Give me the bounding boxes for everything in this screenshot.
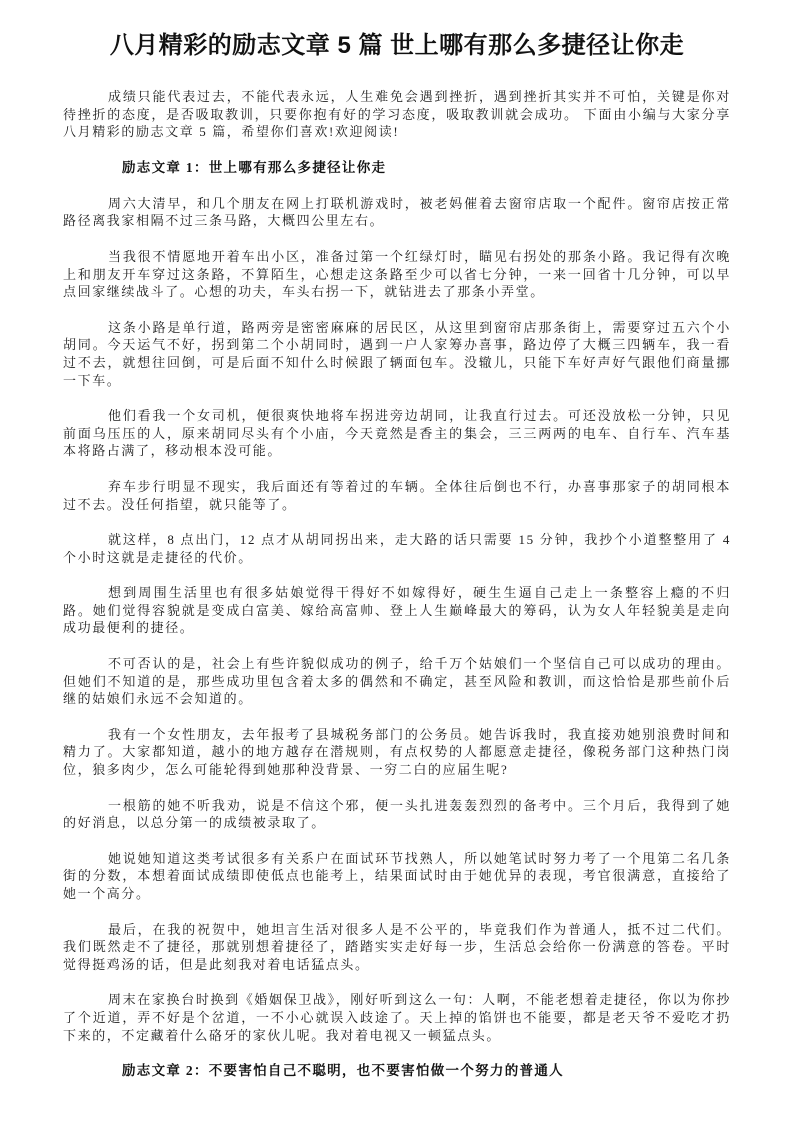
paragraph: 她说她知道这类考试很多有关系户在面试环节找熟人，所以她笔试时努力考了一个甩第二名… [63, 850, 731, 903]
document-body: 成绩只能代表过去，不能代表永远，人生难免会遇到挫折，遇到挫折其实并不可怕，关键是… [63, 88, 731, 1080]
paragraph: 当我很不情愿地开着车出小区，准备过第一个红绿灯时，瞄见右拐处的那条小路。我记得有… [63, 248, 731, 301]
paragraph: 周末在家换台时换到《婚姻保卫战》，刚好听到这么一句：人啊，不能老想着走捷径，你以… [63, 991, 731, 1044]
paragraph: 想到周围生活里也有很多姑娘觉得干得好不如嫁得好，硬生生逼自己走上一条整容上瘾的不… [63, 584, 731, 637]
paragraph: 就这样，8 点出门，12 点才从胡同拐出来，走大路的话只需要 15 分钟，我抄个… [63, 531, 731, 566]
paragraph: 周六大清早，和几个朋友在网上打联机游戏时，被老妈催着去窗帘店取一个配件。窗帘店按… [63, 195, 731, 230]
section-heading: 励志文章 1：世上哪有那么多捷径让你走 [63, 159, 731, 177]
paragraph: 弃车步行明显不现实，我后面还有等着过的车辆。全体往后倒也不行，办喜事那家子的胡同… [63, 478, 731, 513]
paragraph: 成绩只能代表过去，不能代表永远，人生难免会遇到挫折，遇到挫折其实并不可怕，关键是… [63, 88, 731, 141]
paragraph: 不可否认的是，社会上有些许貌似成功的例子，给千万个姑娘们一个坚信自己可以成功的理… [63, 655, 731, 708]
section-heading: 励志文章 2：不要害怕自己不聪明，也不要害怕做一个努力的普通人 [63, 1062, 731, 1080]
document-page: 八月精彩的励志文章 5 篇 世上哪有那么多捷径让你走 成绩只能代表过去，不能代表… [0, 0, 794, 1123]
paragraph: 这条小路是单行道，路两旁是密密麻麻的居民区，从这里到窗帘店那条街上，需要穿过五六… [63, 319, 731, 389]
paragraph: 他们看我一个女司机，便很爽快地将车拐进旁边胡同，让我直行过去。可还没放松一分钟，… [63, 407, 731, 460]
paragraph: 我有一个女性朋友，去年报考了县城税务部门的公务员。她告诉我时，我直接劝她别浪费时… [63, 726, 731, 779]
paragraph: 最后，在我的祝贺中，她坦言生活对很多人是不公平的，毕竟我们作为普通人，抵不过二代… [63, 921, 731, 974]
document-title: 八月精彩的励志文章 5 篇 世上哪有那么多捷径让你走 [63, 30, 731, 62]
paragraph: 一根筋的她不听我劝，说是不信这个邪，便一头扎进轰轰烈烈的备考中。三个月后，我得到… [63, 797, 731, 832]
